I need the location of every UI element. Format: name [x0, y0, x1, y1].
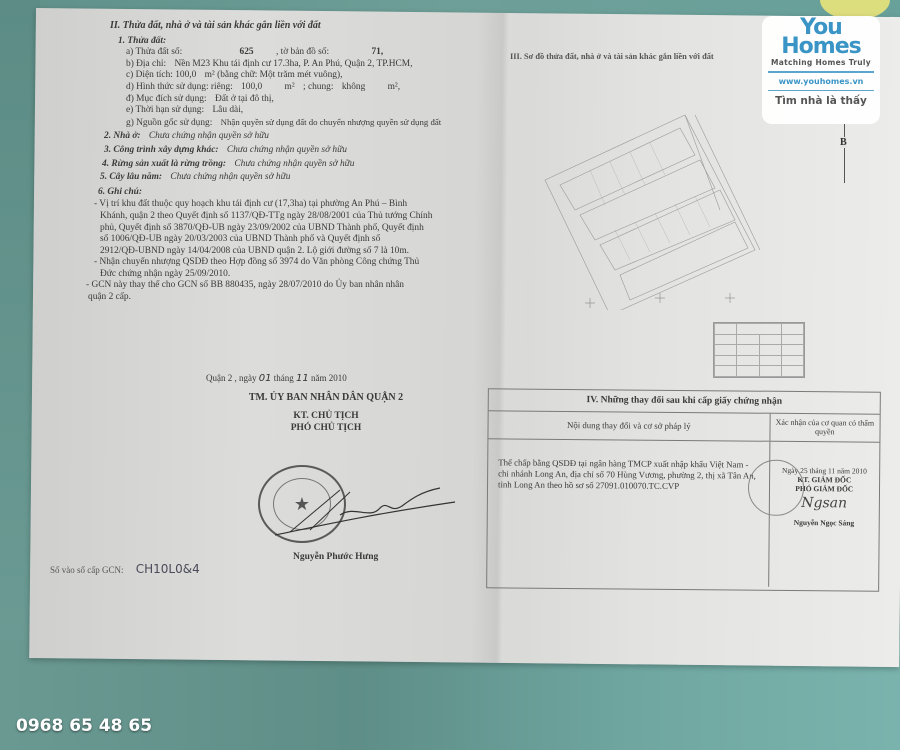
construction-row: 3. Công trình xây dựng khác: Chưa chứng …	[104, 145, 480, 157]
notes-title: 6. Ghi chú:	[98, 187, 480, 199]
logo-tagline: Matching Homes Truly	[762, 58, 880, 67]
column-content: Nội dung thay đổi và cơ sở pháp lý	[488, 411, 770, 440]
area-row: c) Diện tích: 100,0 m² (bằng chữ: Một tr…	[126, 70, 480, 82]
signature-mark	[270, 480, 460, 540]
logo-brand-line2: Homes	[762, 37, 880, 56]
usage-purpose-row: đ) Mục đích sử dụng: Đất ở tại đô thị,	[126, 94, 480, 106]
note-line: 2912/QĐ-UBND ngày 14/04/2008 của UBND qu…	[100, 246, 484, 258]
note-line: Khánh, quận 2 theo Quyết định số 1137/QĐ…	[100, 211, 484, 223]
column-confirmation: Xác nhận của cơ quan có thẩm quyền	[770, 414, 880, 442]
address-row: b) Địa chỉ: Nền M23 Khu tái định cư 17.3…	[126, 59, 480, 71]
notes-block: - Vị trí khu đất thuộc quy hoạch khu tái…	[94, 199, 484, 303]
signature-block: Quận 2 , ngày 01 tháng 11 năm 2010 TM. Ủ…	[196, 373, 456, 434]
note-line: - GCN này thay thế cho GCN số BB 880435,…	[86, 280, 484, 292]
parcel-number: 625	[240, 47, 254, 57]
address: Nền M23 Khu tái định cư 17.3ha, P. An Ph…	[174, 59, 412, 69]
north-arrow: B	[838, 123, 852, 183]
logo-slogan: Tìm nhà là thấy	[762, 95, 880, 107]
note-line: Đức chứng nhận ngày 25/09/2010.	[100, 269, 484, 281]
parcel-number-row: a) Thửa đất số: 625 , tờ bản đồ số: 71,	[126, 47, 480, 59]
coordinate-table	[713, 322, 805, 378]
usage-term-row: e) Thời hạn sử dụng: Lâu dài,	[126, 105, 480, 117]
issue-date: Quận 2 , ngày 01 tháng 11 năm 2010	[196, 373, 456, 384]
confirm-signer-name: Nguyễn Ngọc Sáng	[773, 518, 875, 528]
perennial-row: 5. Cây lâu năm: Chưa chứng nhận quyền sở…	[100, 172, 480, 184]
land-title: 1. Thửa đất:	[118, 36, 480, 48]
changes-row: Thế chấp bằng QSDĐ tại ngân hàng TMCP xu…	[487, 439, 879, 587]
section-iii-title: III. Sơ đồ thửa đất, nhà ở và tài sản kh…	[510, 52, 714, 61]
issuing-authority: TM. ỦY BAN NHÂN DÂN QUẬN 2	[196, 392, 456, 403]
bank-seal	[747, 460, 803, 516]
logo-url: www.youhomes.vn	[762, 77, 880, 86]
left-page: II. Thửa đất, nhà ở và tài sản khác gắn …	[80, 20, 480, 304]
usage-form-row: d) Hình thức sử dụng: riêng: 100,0 m² ; …	[126, 82, 480, 94]
note-line: - Vị trí khu đất thuộc quy hoạch khu tái…	[94, 199, 484, 211]
section-ii-title: II. Thửa đất, nhà ở và tài sản khác gắn …	[110, 20, 480, 32]
change-confirmation: Ngày 25 tháng 11 năm 2010 KT. GIÁM ĐỐC P…	[769, 442, 880, 588]
parcel-map	[530, 110, 860, 310]
forest-row: 4. Rừng sản xuất là rừng trồng: Chưa chứ…	[102, 159, 480, 171]
usage-origin-row: g) Nguồn gốc sử dụng: Nhận quyền sử dụng…	[126, 117, 480, 130]
signer-name: Nguyễn Phước Hưng	[293, 552, 378, 562]
changes-header: Nội dung thay đổi và cơ sở pháp lý Xác n…	[488, 411, 879, 442]
youhomes-logo: You Homes Matching Homes Truly www.youho…	[762, 16, 880, 124]
north-label: B	[840, 137, 847, 148]
note-line: số 1006/QĐ-UB ngày 20/03/2003 của UBND T…	[100, 234, 484, 246]
change-entry: Thế chấp bằng QSDĐ tại ngân hàng TMCP xu…	[487, 439, 770, 586]
map-sheet-number: 71,	[371, 47, 383, 57]
changes-table: IV. Những thay đổi sau khi cấp giấy chứn…	[486, 388, 881, 591]
registry-number: Số vào sổ cấp GCN: CH10L0&4	[50, 562, 200, 576]
note-line: phủ, Quyết định số 3870/QĐ-UB ngày 23/09…	[100, 223, 484, 235]
house-row: 2. Nhà ở: Chưa chứng nhận quyền sở hữu	[104, 131, 480, 143]
phone-number: 0968 65 48 65	[16, 716, 152, 736]
note-line: - Nhận chuyển nhượng QSDĐ theo Hợp đồng …	[94, 257, 484, 269]
signer-role: KT. CHỦ TỊCH PHÓ CHỦ TỊCH	[196, 410, 456, 434]
note-line: quận 2 cấp.	[88, 292, 484, 304]
area-value: 100,0	[175, 70, 196, 80]
